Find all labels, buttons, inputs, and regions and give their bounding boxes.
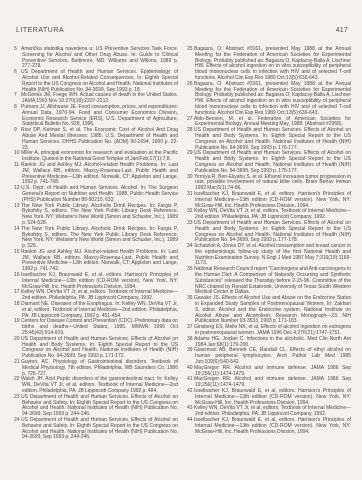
reference-entry: 6US Department of Health and Human Servi… [14, 70, 178, 93]
reference-number: 33 [187, 221, 193, 227]
reference-entry: 5Američka statistika navedena u: US Prev… [14, 47, 178, 70]
reference-number: 9 [14, 128, 20, 134]
reference-text: US Department of Health and Human Servic… [21, 417, 178, 440]
reference-entry: 29US Department of Health and Human Serv… [187, 151, 351, 174]
reference-number: 19 [14, 319, 20, 325]
reference-text: The New York Public Library. Alcoholic D… [21, 203, 178, 226]
reference-number: 16 [14, 273, 20, 279]
reference-number: 39 [187, 348, 193, 354]
reference-entry: 25Bagasra, O. Abstract #3161, presented … [187, 47, 351, 82]
reference-entry: 36Gavaler JS. Effects of Alcohol Use and… [187, 296, 351, 325]
reference-text: Rankin JG and Ashley MJ. Alcohol-related… [21, 162, 178, 185]
reference-entry: 13The New York Public Library. Alcoholic… [14, 204, 178, 227]
reference-text: Isselbacher KJ, Braunwald E, et al, edit… [194, 417, 351, 435]
reference-entry: 14The New York Public Library. Alcoholic… [14, 227, 178, 250]
reference-number: 14 [14, 227, 20, 233]
reference-text: National Research Council report "Carcin… [194, 266, 351, 295]
reference-number: 6 [14, 70, 20, 76]
reference-number: 30 [187, 175, 193, 181]
reference-number: 29 [187, 151, 193, 157]
reference-text: Diamant NE. Diseases of the Esophagus. I… [21, 301, 178, 319]
reference-text: Gavaler JS. Effects of Alcohol Use and A… [194, 295, 351, 324]
reference-number: 13 [14, 204, 20, 210]
reference-text: The New York Public Library. Alcoholic D… [21, 226, 178, 249]
reference-number: 34 [187, 244, 193, 250]
reference-entry: 24US Department of Health and Human Serv… [14, 418, 178, 441]
reference-number: 40 [187, 366, 193, 372]
reference-text: Putnam JJ, Allshouse JE. Food consumptio… [21, 104, 178, 127]
reference-entry: 22Walsh JH. Acid Peptic disorders of the… [14, 377, 178, 394]
reference-entry: 15Rankin JG and Ashley MJ. Alcohol-relat… [14, 250, 178, 273]
reference-text: Miller A, principal economist for resear… [21, 150, 178, 162]
reference-text: Schatzkin A, Jones DY, et al. Alcohol co… [194, 243, 351, 266]
reference-entry: 18Diamant NE. Diseases of the Esophagus.… [14, 302, 178, 319]
reference-number: 27 [187, 117, 193, 123]
reference-number: 24 [14, 418, 20, 424]
references-columns: 5Američka statistika navedena u: US Prev… [14, 47, 351, 441]
reference-number: 20 [14, 337, 20, 343]
reference-number: 17 [14, 290, 20, 296]
reference-number: 41 [187, 377, 193, 383]
reference-number: 42 [187, 389, 193, 395]
reference-entry: 11Rankin JG and Ashley MJ. Alcohol-relat… [14, 163, 178, 186]
reference-entry: 30Yirmiya R, Ben-Eliyahu S, et al. Ethan… [187, 175, 351, 192]
reference-number: 15 [14, 250, 20, 256]
reference-text: Bagasra, O. Abstract #3161, presented Ma… [194, 81, 351, 116]
reference-text: US Department of Health and Human Servic… [21, 336, 178, 359]
reference-text: Isselbacher KJ, Braunwald E, et al, edit… [194, 191, 351, 209]
reference-number: 7 [14, 93, 20, 99]
section-title: LITERATURA [16, 27, 64, 34]
references-column-left: 5Američka statistika navedena u: US Prev… [14, 47, 178, 441]
reference-text: US Department of Health and Human Servic… [194, 220, 351, 243]
book-page: LITERATURA 417 5Američka statistika nave… [0, 0, 362, 480]
reference-number: 8 [14, 105, 20, 111]
reference-number: 31 [187, 192, 193, 198]
page-number: 417 [336, 27, 348, 34]
reference-text: Glassman AB, Bennett CE, Randall CL. Eff… [194, 347, 351, 365]
reference-number: 44 [187, 418, 193, 424]
reference-number: 18 [14, 302, 20, 308]
reference-text: US Department of Health and Human Servic… [21, 394, 178, 417]
reference-text: Ginsberg ES, Mello NK, et al. Effects of… [194, 324, 351, 336]
reference-number: 26 [187, 82, 193, 88]
reference-number: 21 [14, 360, 20, 366]
reference-text: Centers for Disease Control and Preventi… [21, 318, 178, 336]
reference-entry: 12U.S. Dept. of Health and Human Service… [14, 186, 178, 203]
reference-entry: 44Isselbacher KJ, Braunwald E, et al, ed… [187, 418, 351, 435]
reference-number: 36 [187, 296, 193, 302]
reference-number: 22 [14, 377, 20, 383]
reference-text: Kelley WN, DeVita VT Jr, et al, editors.… [194, 405, 351, 417]
reference-text: Rankin JG and Ashley MJ. Alcohol-related… [21, 249, 178, 272]
reference-text: US Department of Health and Human Servic… [194, 150, 351, 173]
reference-entry: 21Guyton, AC. Physiology of Gastrointest… [14, 360, 178, 377]
reference-entry: 23US Department of Health and Human Serv… [14, 395, 178, 418]
reference-number: 38 [187, 337, 193, 343]
reference-text: MacGregor RR. Alcohol and immune defense… [194, 376, 351, 388]
reference-text: Rice DP, Kelman S, et al. The Economic C… [21, 127, 178, 150]
reference-number: 23 [14, 395, 20, 401]
reference-entry: 16Isselbacher KJ, Braunwald E, et al, ed… [14, 273, 178, 290]
reference-number: 25 [187, 47, 193, 53]
reference-number: 12 [14, 186, 20, 192]
reference-entry: 39Glassman AB, Bennett CE, Randall CL. E… [187, 348, 351, 365]
reference-entry: 34Schatzkin A, Jones DY, et al. Alcohol … [187, 244, 351, 267]
reference-text: U.S. Dept. of Health and Human Services.… [21, 185, 178, 203]
reference-number: 32 [187, 209, 193, 215]
reference-entry: 31Isselbacher KJ, Braunwald E, et al, ed… [187, 192, 351, 209]
page-header: LITERATURA 417 [14, 27, 351, 34]
reference-text: Bagasra, O. Abstract #3161, presented Ma… [194, 46, 351, 81]
reference-entry: 42Isselbacher KJ, Braunwald E, et al, ed… [187, 389, 351, 406]
reference-text: Walsh JH. Acid Peptic disorders of the g… [21, 376, 178, 394]
reference-text: Aldo-Benson, M, et al. Federation of Ame… [194, 116, 351, 128]
reference-text: Isselbacher KJ, Braunwald E, et al, edit… [194, 388, 351, 406]
reference-entry: 8Putnam JJ, Allshouse JE. Food consumpti… [14, 105, 178, 128]
reference-entry: 19Centers for Disease Control and Preven… [14, 319, 178, 336]
reference-text: Isselbacher KJ, Braunwald E, et al, edit… [21, 272, 178, 290]
reference-entry: 20US Department of Health and Human Serv… [14, 337, 178, 360]
reference-text: MacGregor RR. Alcohol and immune defense… [194, 365, 351, 377]
reference-text: US Department of Health and Human Servic… [194, 127, 351, 150]
reference-text: Adams HG, Jordan C. Infections in the al… [194, 336, 351, 348]
reference-entry: 9Rice DP, Kelman S, et al. The Economic … [14, 128, 178, 151]
reference-number: 5 [14, 47, 20, 53]
reference-number: 11 [14, 163, 20, 169]
reference-text: Guyton, AC. Physiology of Gastrointestin… [21, 359, 178, 377]
reference-text: Kelley WN, DeVita VT Jr, et al, editors.… [21, 289, 178, 301]
reference-number: 10 [14, 151, 20, 157]
reference-text: Yirmiya R, Ben-Eliyahu S, et al. Ethanol… [194, 174, 351, 192]
references-column-right: 25Bagasra, O. Abstract #3161, presented … [187, 47, 351, 441]
reference-text: Američka statistika navedena u: US Preve… [21, 46, 178, 69]
reference-number: 43 [187, 406, 193, 412]
reference-number: 28 [187, 128, 193, 134]
reference-text: McGinnis JM, Foege WH. Actual causes of … [21, 92, 178, 104]
reference-number: 35 [187, 267, 193, 273]
reference-entry: 26Bagasra, O. Abstract #3161, presented … [187, 82, 351, 117]
reference-entry: 33US Department of Health and Human Serv… [187, 221, 351, 244]
reference-number: 37 [187, 325, 193, 331]
reference-entry: 35National Research Council report "Carc… [187, 267, 351, 296]
reference-entry: 28US Department of Health and Human Serv… [187, 128, 351, 151]
reference-text: US Department of Health and Human Servic… [21, 69, 178, 92]
reference-text: Kelley WN, DeVita VT Jr, et al, editors.… [194, 208, 351, 220]
